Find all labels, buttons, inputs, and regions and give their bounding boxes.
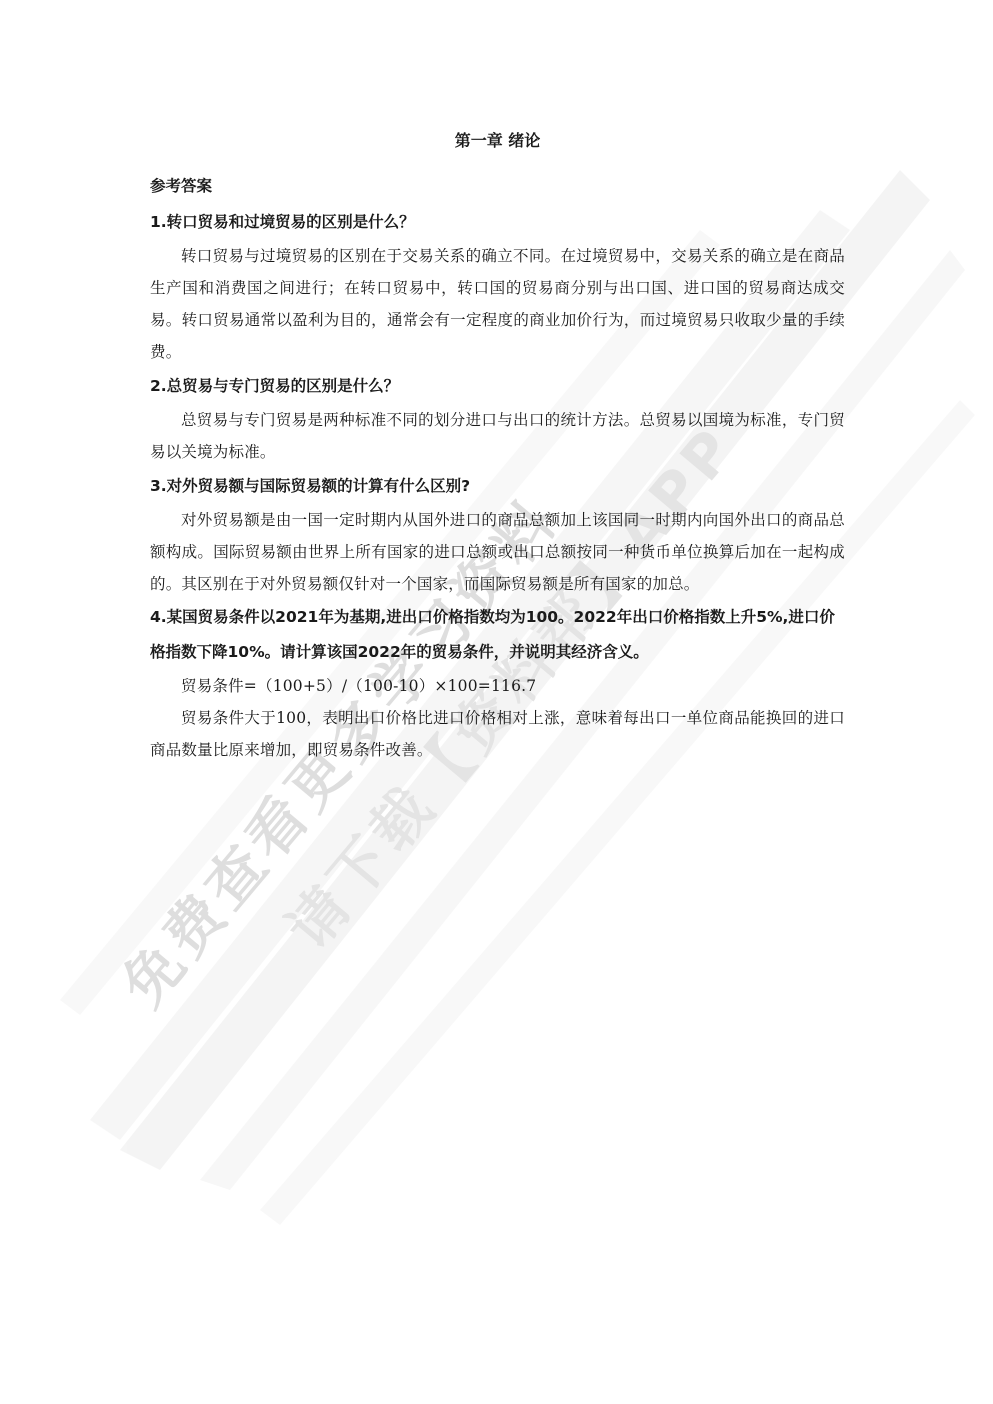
question-block-2: 2.总贸易与专门贸易的区别是什么？ 总贸易与专门贸易是两种标准不同的划分进口与出… [150,368,845,468]
answer-paragraph: 对外贸易额是由一国一定时期内从国外进口的商品总额加上该国同一时期内向国外出口的商… [150,504,845,600]
question-block-4: 4.某国贸易条件以2021年为基期,进出口价格指数均为100。2022年出口价格… [150,600,845,766]
question-block-3: 3.对外贸易额与国际贸易额的计算有什么区别? 对外贸易额是由一国一定时期内从国外… [150,468,845,600]
question-heading: 4.某国贸易条件以2021年为基期,进出口价格指数均为100。2022年出口价格… [150,600,845,670]
answer-paragraph: 总贸易与专门贸易是两种标准不同的划分进口与出口的统计方法。总贸易以国境为标准，专… [150,404,845,468]
answer-paragraph: 贸易条件大于100，表明出口价格比进口价格相对上涨，意味着每出口一单位商品能换回… [150,702,845,766]
question-heading: 1.转口贸易和过境贸易的区别是什么？ [150,204,845,240]
formula-paragraph: 贸易条件=（100+5）/（100-10）×100=116.7 [150,670,845,702]
section-label: 参考答案 [150,168,845,204]
chapter-title: 第一章 绪论 [150,128,845,154]
question-block-1: 1.转口贸易和过境贸易的区别是什么？ 转口贸易与过境贸易的区别在于交易关系的确立… [150,204,845,368]
question-heading: 3.对外贸易额与国际贸易额的计算有什么区别? [150,468,845,504]
answer-paragraph: 转口贸易与过境贸易的区别在于交易关系的确立不同。在过境贸易中，交易关系的确立是在… [150,240,845,368]
document-page: 第一章 绪论 参考答案 1.转口贸易和过境贸易的区别是什么？ 转口贸易与过境贸易… [150,128,845,766]
question-heading: 2.总贸易与专门贸易的区别是什么？ [150,368,845,404]
